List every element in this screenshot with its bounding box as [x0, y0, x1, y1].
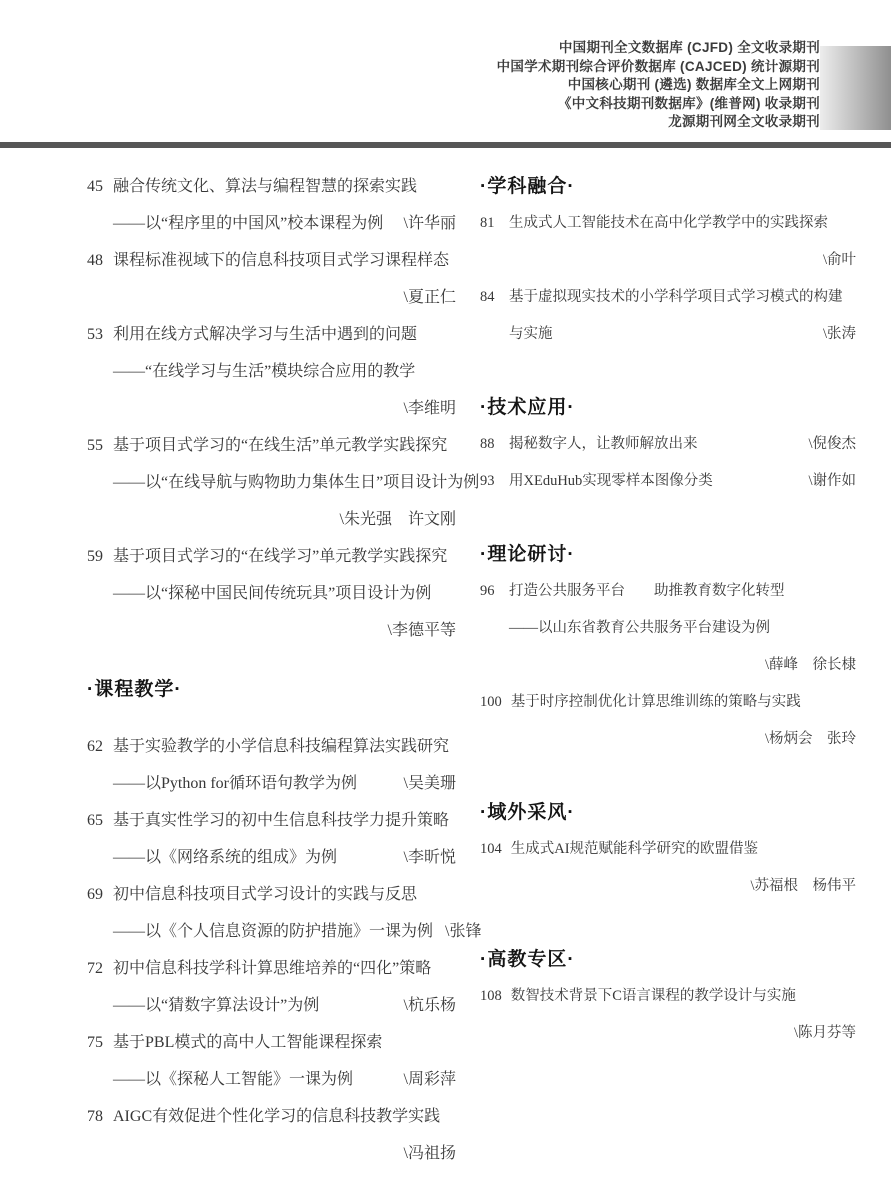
entry-author: \吴美珊 — [392, 765, 456, 802]
entry-page-number: 78 — [87, 1098, 104, 1135]
entry-page-number: 84 — [480, 279, 500, 316]
entry-author: \杭乐杨 — [392, 987, 456, 1024]
toc-entry-row: \李德平等 — [87, 612, 456, 649]
entry-author: \冯祖扬 — [392, 1135, 456, 1172]
entry-title: 揭秘数字人，让教师解放出来 — [509, 426, 698, 463]
entry-page-number: 65 — [87, 802, 104, 839]
toc-entry-row: ——以“在线导航与购物助力集体生日”项目设计为例 — [87, 464, 456, 501]
entry-title: 利用在线方式解决学习与生活中遇到的问题 — [113, 316, 417, 353]
entry-page-number: 104 — [480, 831, 502, 868]
entry-page-number: 62 — [87, 728, 104, 765]
toc-entry-row: 45融合传统文化、算法与编程智慧的探索实践 — [87, 168, 456, 205]
entry-title: 生成式人工智能技术在高中化学教学中的实践探索 — [509, 205, 828, 242]
toc-entry-row: 100基于时序控制优化计算思维训练的策略与实践 — [480, 684, 856, 721]
toc-entry-row: 62基于实验教学的小学信息科技编程算法实践研究 — [87, 728, 456, 765]
toc-entry-row: ——以《探秘人工智能》一课为例\周彩萍 — [87, 1061, 456, 1098]
toc-entry: 100基于时序控制优化计算思维训练的策略与实践\杨炳会 张玲 — [480, 684, 856, 758]
entry-author: \朱光强 许文刚 — [328, 501, 456, 538]
toc-entry: 108数智技术背景下C语言课程的教学设计与实施\陈月芬等 — [480, 978, 856, 1052]
section-heading: ·学科融合· — [480, 168, 856, 205]
toc-entry: 59基于项目式学习的“在线学习”单元教学实践探究——以“探秘中国民间传统玩具”项… — [87, 538, 456, 649]
toc-entry-row: \李维明 — [87, 390, 456, 427]
toc-entry-row: \朱光强 许文刚 — [87, 501, 456, 538]
toc-entry-row: \夏正仁 — [87, 279, 456, 316]
toc-entry-row: 75基于PBL模式的高中人工智能课程探索 — [87, 1024, 456, 1061]
entry-page-number: 93 — [480, 463, 500, 500]
toc-entry-row: \薛峰 徐长棣 — [480, 647, 856, 684]
journal-index-line: 龙源期刊网全文收录期刊 — [497, 113, 820, 132]
entry-title: 基于项目式学习的“在线学习”单元教学实践探究 — [113, 538, 447, 575]
toc-entry-row: 84基于虚拟现实技术的小学科学项目式学习模式的构建 — [480, 279, 856, 316]
toc-entry-row: 53利用在线方式解决学习与生活中遇到的问题 — [87, 316, 456, 353]
toc-entry-row: 93用XEduHub实现零样本图像分类\谢作如 — [480, 463, 856, 500]
toc-entry-row: 59基于项目式学习的“在线学习”单元教学实践探究 — [87, 538, 456, 575]
toc-entry-row: 88揭秘数字人，让教师解放出来\倪俊杰 — [480, 426, 856, 463]
toc-entry-row: 104生成式AI规范赋能科学研究的欧盟借鉴 — [480, 831, 856, 868]
entry-page-number: 69 — [87, 876, 104, 913]
entry-title: 基于时序控制优化计算思维训练的策略与实践 — [511, 684, 801, 721]
toc-entry-row: ——以《网络系统的组成》为例\李昕悦 — [87, 839, 456, 876]
toc-entry-row: 69初中信息科技项目式学习设计的实践与反思 — [87, 876, 456, 913]
section-heading: ·技术应用· — [480, 389, 856, 426]
toc-entry: 84基于虚拟现实技术的小学科学项目式学习模式的构建与实施\张涛 — [480, 279, 856, 353]
journal-index-line: 《中文科技期刊数据库》(维普网) 收录期刊 — [497, 95, 820, 114]
header-accent-bar — [820, 46, 891, 130]
journal-index-line: 中国核心期刊 (遴选) 数据库全文上网期刊 — [497, 76, 820, 95]
entry-subtitle: ——以《探秘人工智能》一课为例 — [113, 1061, 353, 1098]
section-heading: ·域外采风· — [480, 794, 856, 831]
section-heading: ·课程教学· — [87, 671, 456, 708]
entry-title: 用XEduHub实现零样本图像分类 — [509, 463, 713, 500]
entry-title: 融合传统文化、算法与编程智慧的探索实践 — [113, 168, 417, 205]
entry-subtitle: ——以“在线导航与购物助力集体生日”项目设计为例 — [113, 464, 479, 501]
toc-entry-row: 108数智技术背景下C语言课程的教学设计与实施 — [480, 978, 856, 1015]
entry-author: \苏福根 杨伟平 — [738, 868, 856, 905]
entry-title: 基于PBL模式的高中人工智能课程探索 — [113, 1024, 382, 1061]
entry-title: 初中信息科技学科计算思维培养的“四化”策略 — [113, 950, 431, 987]
toc-entry-row: 78AIGC有效促进个性化学习的信息科技教学实践 — [87, 1098, 456, 1135]
entry-title: 基于虚拟现实技术的小学科学项目式学习模式的构建 — [509, 279, 843, 316]
entry-author: \夏正仁 — [392, 279, 456, 316]
toc-entry: 55基于项目式学习的“在线生活”单元教学实践探究——以“在线导航与购物助力集体生… — [87, 427, 456, 538]
toc-entry-row: \俞叶 — [480, 242, 856, 279]
header-divider-rule — [0, 142, 891, 148]
entry-title-continuation: 与实施 — [509, 316, 553, 353]
toc-entry-row: 48课程标准视域下的信息科技项目式学习课程样态 — [87, 242, 456, 279]
entry-author: \谢作如 — [796, 463, 856, 500]
entry-subtitle: ——以Python for循环语句教学为例 — [113, 765, 357, 802]
toc-entry-row: \陈月芬等 — [480, 1015, 856, 1052]
toc-right-column: ·学科融合·81生成式人工智能技术在高中化学教学中的实践探索\俞叶84基于虚拟现… — [480, 168, 856, 1052]
entry-page-number: 100 — [480, 684, 502, 721]
entry-page-number: 108 — [480, 978, 502, 1015]
toc-entry: 78AIGC有效促进个性化学习的信息科技教学实践\冯祖扬 — [87, 1098, 456, 1172]
toc-entry-row: ——以《个人信息资源的防护措施》一课为例\张锋 — [87, 913, 456, 950]
entry-author: \张锋 — [433, 913, 481, 950]
journal-index-lines: 中国期刊全文数据库 (CJFD) 全文收录期刊中国学术期刊综合评价数据库 (CA… — [497, 39, 820, 132]
entry-title: 基于真实性学习的初中生信息科技学力提升策略 — [113, 802, 449, 839]
entry-subtitle: ——以“猜数字算法设计”为例 — [113, 987, 319, 1024]
entry-author: \倪俊杰 — [796, 426, 856, 463]
entry-author: \张涛 — [811, 316, 856, 353]
entry-page-number: 45 — [87, 168, 104, 205]
entry-page-number: 53 — [87, 316, 104, 353]
toc-entry: 69初中信息科技项目式学习设计的实践与反思——以《个人信息资源的防护措施》一课为… — [87, 876, 456, 950]
entry-title: 打造公共服务平台 助推教育数字化转型 — [509, 573, 785, 610]
toc-left-column: 45融合传统文化、算法与编程智慧的探索实践——以“程序里的中国风”校本课程为例\… — [87, 168, 456, 1172]
journal-index-line: 中国期刊全文数据库 (CJFD) 全文收录期刊 — [497, 39, 820, 58]
toc-entry-row: ——以Python for循环语句教学为例\吴美珊 — [87, 765, 456, 802]
entry-author: \周彩萍 — [392, 1061, 456, 1098]
toc-entry: 104生成式AI规范赋能科学研究的欧盟借鉴\苏福根 杨伟平 — [480, 831, 856, 905]
toc-entry: 88揭秘数字人，让教师解放出来\倪俊杰 — [480, 426, 856, 463]
toc-entry-row: 55基于项目式学习的“在线生活”单元教学实践探究 — [87, 427, 456, 464]
entry-page-number: 72 — [87, 950, 104, 987]
toc-entry: 81生成式人工智能技术在高中化学教学中的实践探索\俞叶 — [480, 205, 856, 279]
toc-entry: 62基于实验教学的小学信息科技编程算法实践研究——以Python for循环语句… — [87, 728, 456, 802]
entry-author: \李昕悦 — [392, 839, 456, 876]
entry-subtitle: ——以“探秘中国民间传统玩具”项目设计为例 — [113, 575, 431, 612]
entry-page-number: 48 — [87, 242, 104, 279]
entry-page-number: 59 — [87, 538, 104, 575]
entry-author: \陈月芬等 — [782, 1015, 856, 1052]
toc-entry-row: \苏福根 杨伟平 — [480, 868, 856, 905]
entry-page-number: 81 — [480, 205, 500, 242]
toc-entry-row: ——以“猜数字算法设计”为例\杭乐杨 — [87, 987, 456, 1024]
entry-page-number: 75 — [87, 1024, 104, 1061]
entry-title: 生成式AI规范赋能科学研究的欧盟借鉴 — [511, 831, 758, 868]
entry-page-number: 96 — [480, 573, 500, 610]
toc-entry: 53利用在线方式解决学习与生活中遇到的问题——“在线学习与生活”模块综合应用的教… — [87, 316, 456, 427]
entry-title: 基于实验教学的小学信息科技编程算法实践研究 — [113, 728, 449, 765]
section-heading: ·高教专区· — [480, 941, 856, 978]
entry-title: AIGC有效促进个性化学习的信息科技教学实践 — [113, 1098, 440, 1135]
toc-entry-row: ——以山东省教育公共服务平台建设为例 — [480, 610, 856, 647]
entry-page-number: 88 — [480, 426, 500, 463]
entry-title: 数智技术背景下C语言课程的教学设计与实施 — [511, 978, 796, 1015]
entry-subtitle: ——“在线学习与生活”模块综合应用的教学 — [113, 353, 415, 390]
entry-author: \薛峰 徐长棣 — [753, 647, 856, 684]
entry-page-number: 55 — [87, 427, 104, 464]
toc-entry-row: ——以“探秘中国民间传统玩具”项目设计为例 — [87, 575, 456, 612]
toc-entry-row: ——以“程序里的中国风”校本课程为例\许华丽 — [87, 205, 456, 242]
toc-entry: 93用XEduHub实现零样本图像分类\谢作如 — [480, 463, 856, 500]
entry-subtitle: ——以“程序里的中国风”校本课程为例 — [113, 205, 383, 242]
entry-title: 基于项目式学习的“在线生活”单元教学实践探究 — [113, 427, 447, 464]
entry-title: 课程标准视域下的信息科技项目式学习课程样态 — [113, 242, 449, 279]
toc-entry: 75基于PBL模式的高中人工智能课程探索——以《探秘人工智能》一课为例\周彩萍 — [87, 1024, 456, 1098]
toc-entry: 96打造公共服务平台 助推教育数字化转型——以山东省教育公共服务平台建设为例\薛… — [480, 573, 856, 684]
toc-entry: 65基于真实性学习的初中生信息科技学力提升策略——以《网络系统的组成》为例\李昕… — [87, 802, 456, 876]
toc-entry-row: 65基于真实性学习的初中生信息科技学力提升策略 — [87, 802, 456, 839]
journal-toc-page: 中国期刊全文数据库 (CJFD) 全文收录期刊中国学术期刊综合评价数据库 (CA… — [0, 0, 891, 1200]
entry-subtitle: ——以《个人信息资源的防护措施》一课为例 — [113, 913, 433, 950]
toc-entry: 45融合传统文化、算法与编程智慧的探索实践——以“程序里的中国风”校本课程为例\… — [87, 168, 456, 242]
toc-entry-row: 96打造公共服务平台 助推教育数字化转型 — [480, 573, 856, 610]
toc-entry: 48课程标准视域下的信息科技项目式学习课程样态\夏正仁 — [87, 242, 456, 316]
entry-subtitle: ——以山东省教育公共服务平台建设为例 — [509, 610, 770, 647]
entry-subtitle: ——以《网络系统的组成》为例 — [113, 839, 337, 876]
toc-entry-row: 72初中信息科技学科计算思维培养的“四化”策略 — [87, 950, 456, 987]
entry-author: \李维明 — [392, 390, 456, 427]
entry-title: 初中信息科技项目式学习设计的实践与反思 — [113, 876, 417, 913]
entry-author: \许华丽 — [392, 205, 456, 242]
section-heading: ·理论研讨· — [480, 536, 856, 573]
toc-entry-row: ——“在线学习与生活”模块综合应用的教学 — [87, 353, 456, 390]
journal-index-line: 中国学术期刊综合评价数据库 (CAJCED) 统计源期刊 — [497, 58, 820, 77]
toc-entry: 72初中信息科技学科计算思维培养的“四化”策略——以“猜数字算法设计”为例\杭乐… — [87, 950, 456, 1024]
entry-author: \俞叶 — [811, 242, 856, 279]
toc-entry-row: \杨炳会 张玲 — [480, 721, 856, 758]
toc-entry-row: 与实施\张涛 — [480, 316, 856, 353]
entry-author: \李德平等 — [376, 612, 456, 649]
toc-entry-row: \冯祖扬 — [87, 1135, 456, 1172]
entry-author: \杨炳会 张玲 — [753, 721, 856, 758]
toc-entry-row: 81生成式人工智能技术在高中化学教学中的实践探索 — [480, 205, 856, 242]
